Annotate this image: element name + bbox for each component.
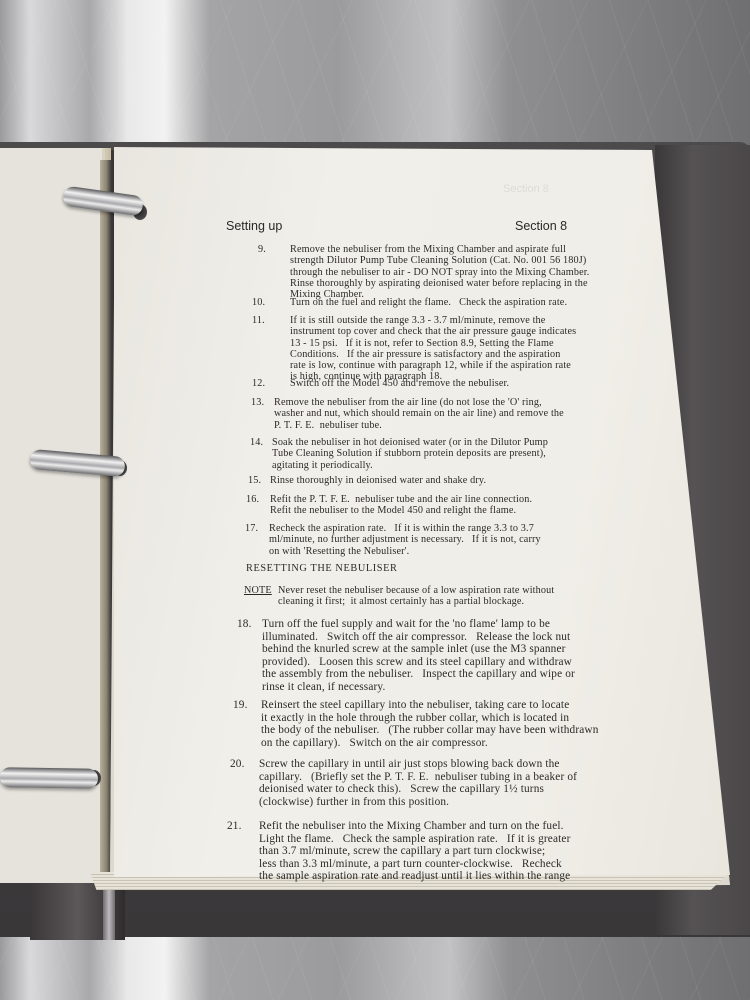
- item-text: Switch off the Model 450 and remove the …: [290, 378, 509, 389]
- item-text: Turn on the fuel and relight the flame. …: [290, 297, 567, 308]
- running-header-left: Setting up: [226, 219, 282, 233]
- item-text: Remove the nebuliser from the air line (…: [274, 397, 564, 431]
- item-text: Reinsert the steel capillary into the ne…: [261, 699, 599, 749]
- item-text: If it is still outside the range 3.3 - 3…: [290, 315, 576, 383]
- item-number: 19.: [233, 699, 248, 712]
- item-number: 20.: [230, 758, 245, 771]
- running-header-right: Section 8: [515, 219, 567, 233]
- item-number: 14.: [250, 437, 263, 448]
- note-text: Never reset the nebuliser because of a l…: [278, 585, 554, 608]
- item-text: Refit the P. T. F. E. nebuliser tube and…: [270, 494, 532, 517]
- item-text: Recheck the aspiration rate. If it is wi…: [269, 523, 541, 557]
- item-number: 13.: [251, 397, 264, 408]
- item-text: Soak the nebuliser in hot deionised wate…: [272, 437, 548, 471]
- item-number: 15.: [248, 475, 261, 486]
- item-text: Refit the nebuliser into the Mixing Cham…: [259, 820, 570, 883]
- item-number: 10.: [252, 297, 265, 308]
- item-number: 16.: [246, 494, 259, 505]
- item-number: 12.: [252, 378, 265, 389]
- item-number: 21.: [227, 820, 242, 833]
- document-content: Setting up Section 8 9. Remove the nebul…: [0, 0, 750, 1000]
- item-text: Rinse thoroughly in deionised water and …: [270, 475, 486, 486]
- item-number: 18.: [237, 618, 252, 631]
- section-heading: RESETTING THE NEBULISER: [246, 563, 397, 574]
- item-text: Screw the capillary in until air just st…: [259, 758, 577, 808]
- item-number: 9.: [258, 244, 266, 255]
- item-text: Turn off the fuel supply and wait for th…: [262, 618, 575, 694]
- item-text: Remove the nebuliser from the Mixing Cha…: [290, 244, 589, 300]
- item-number: 17.: [245, 523, 258, 534]
- note-label: NOTE: [244, 585, 272, 596]
- item-number: 11.: [252, 315, 265, 326]
